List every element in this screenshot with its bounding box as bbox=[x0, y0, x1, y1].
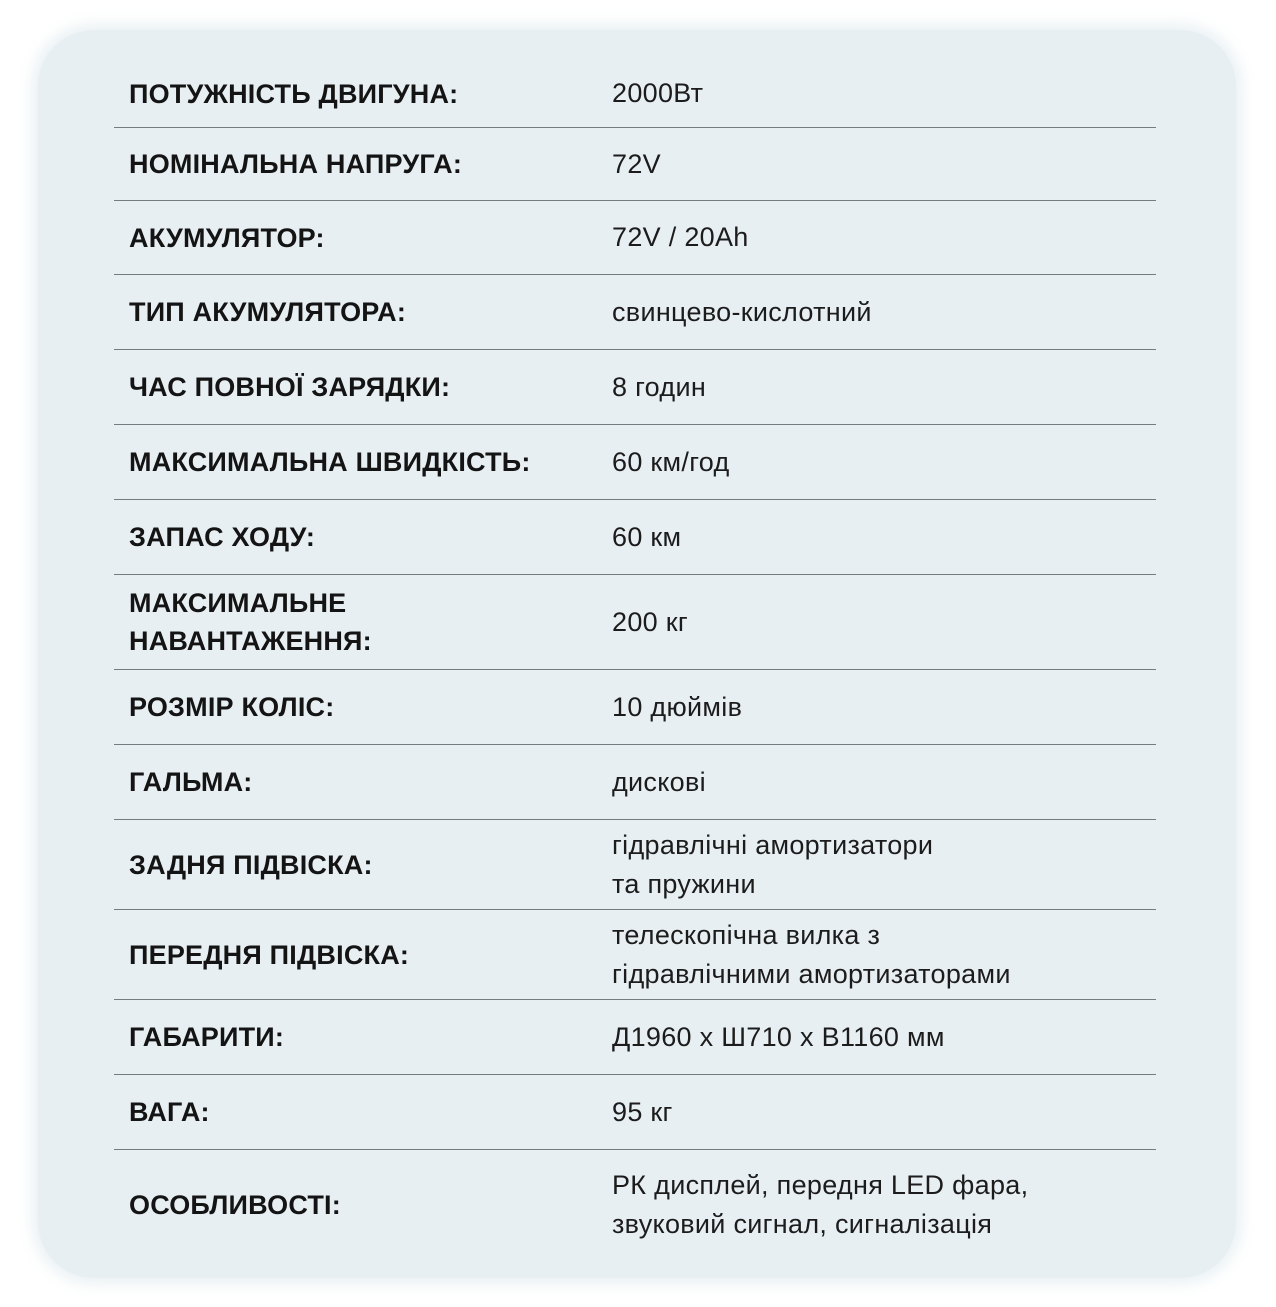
spec-row: РОЗМІР КОЛІС: 10 дюймів bbox=[114, 670, 1156, 745]
spec-label: МАКСИМАЛЬНЕ НАВАНТАЖЕННЯ: bbox=[114, 584, 612, 660]
spec-value: 60 км bbox=[612, 518, 1156, 557]
spec-row: ОСОБЛИВОСТІ: РК дисплей, передня LED фар… bbox=[114, 1150, 1156, 1260]
spec-label: АКУМУЛЯТОР: bbox=[114, 219, 612, 257]
spec-label: ГАЛЬМА: bbox=[114, 763, 612, 801]
spec-label: ГАБАРИТИ: bbox=[114, 1018, 612, 1056]
spec-label: РОЗМІР КОЛІС: bbox=[114, 688, 612, 726]
spec-label: ПОТУЖНІСТЬ ДВИГУНА: bbox=[114, 75, 612, 113]
spec-value: 2000Вт bbox=[612, 74, 1156, 113]
spec-label: НОМІНАЛЬНА НАПРУГА: bbox=[114, 145, 612, 183]
spec-label: ТИП АКУМУЛЯТОРА: bbox=[114, 293, 612, 331]
spec-row: ТИП АКУМУЛЯТОРА: свинцево-кислотний bbox=[114, 275, 1156, 350]
spec-label: ВАГА: bbox=[114, 1093, 612, 1131]
spec-row: ВАГА: 95 кг bbox=[114, 1075, 1156, 1150]
spec-label: ОСОБЛИВОСТІ: bbox=[114, 1186, 612, 1224]
spec-value: 8 годин bbox=[612, 368, 1156, 407]
spec-row: ЗАПАС ХОДУ: 60 км bbox=[114, 500, 1156, 575]
spec-value: 72V bbox=[612, 145, 1156, 184]
spec-row: АКУМУЛЯТОР: 72V / 20Ah bbox=[114, 201, 1156, 275]
spec-value: свинцево-кислотний bbox=[612, 293, 1156, 332]
spec-value: Д1960 х Ш710 х В1160 мм bbox=[612, 1018, 1156, 1057]
spec-value: РК дисплей, передня LED фара, звуковий с… bbox=[612, 1166, 1156, 1244]
spec-label: МАКСИМАЛЬНА ШВИДКІСТЬ: bbox=[114, 443, 612, 481]
spec-row: ЗАДНЯ ПІДВІСКА: гідравлічні амортизатори… bbox=[114, 820, 1156, 910]
spec-row: ПОТУЖНІСТЬ ДВИГУНА: 2000Вт bbox=[114, 60, 1156, 128]
spec-value: гідравлічні амортизатори та пружини bbox=[612, 826, 1156, 904]
spec-value: дискові bbox=[612, 763, 1156, 802]
spec-value: 200 кг bbox=[612, 603, 1156, 642]
spec-value: 10 дюймів bbox=[612, 688, 1156, 727]
spec-label: ЗАДНЯ ПІДВІСКА: bbox=[114, 846, 612, 884]
spec-label: ПЕРЕДНЯ ПІДВІСКА: bbox=[114, 936, 612, 974]
spec-row: МАКСИМАЛЬНА ШВИДКІСТЬ: 60 км/год bbox=[114, 425, 1156, 500]
spec-value: 60 км/год bbox=[612, 443, 1156, 482]
spec-label: ЧАС ПОВНОЇ ЗАРЯДКИ: bbox=[114, 368, 612, 406]
spec-row: ГАБАРИТИ: Д1960 х Ш710 х В1160 мм bbox=[114, 1000, 1156, 1075]
spec-value: 95 кг bbox=[612, 1093, 1156, 1132]
spec-value: телескопічна вилка з гідравлічними аморт… bbox=[612, 916, 1156, 994]
spec-row: ЧАС ПОВНОЇ ЗАРЯДКИ: 8 годин bbox=[114, 350, 1156, 425]
spec-row: МАКСИМАЛЬНЕ НАВАНТАЖЕННЯ: 200 кг bbox=[114, 575, 1156, 670]
spec-label: ЗАПАС ХОДУ: bbox=[114, 518, 612, 556]
spec-value: 72V / 20Ah bbox=[612, 218, 1156, 257]
specs-table: ПОТУЖНІСТЬ ДВИГУНА: 2000Вт НОМІНАЛЬНА НА… bbox=[114, 60, 1156, 1260]
spec-row: НОМІНАЛЬНА НАПРУГА: 72V bbox=[114, 128, 1156, 201]
spec-row: ГАЛЬМА: дискові bbox=[114, 745, 1156, 820]
spec-row: ПЕРЕДНЯ ПІДВІСКА: телескопічна вилка з г… bbox=[114, 910, 1156, 1000]
